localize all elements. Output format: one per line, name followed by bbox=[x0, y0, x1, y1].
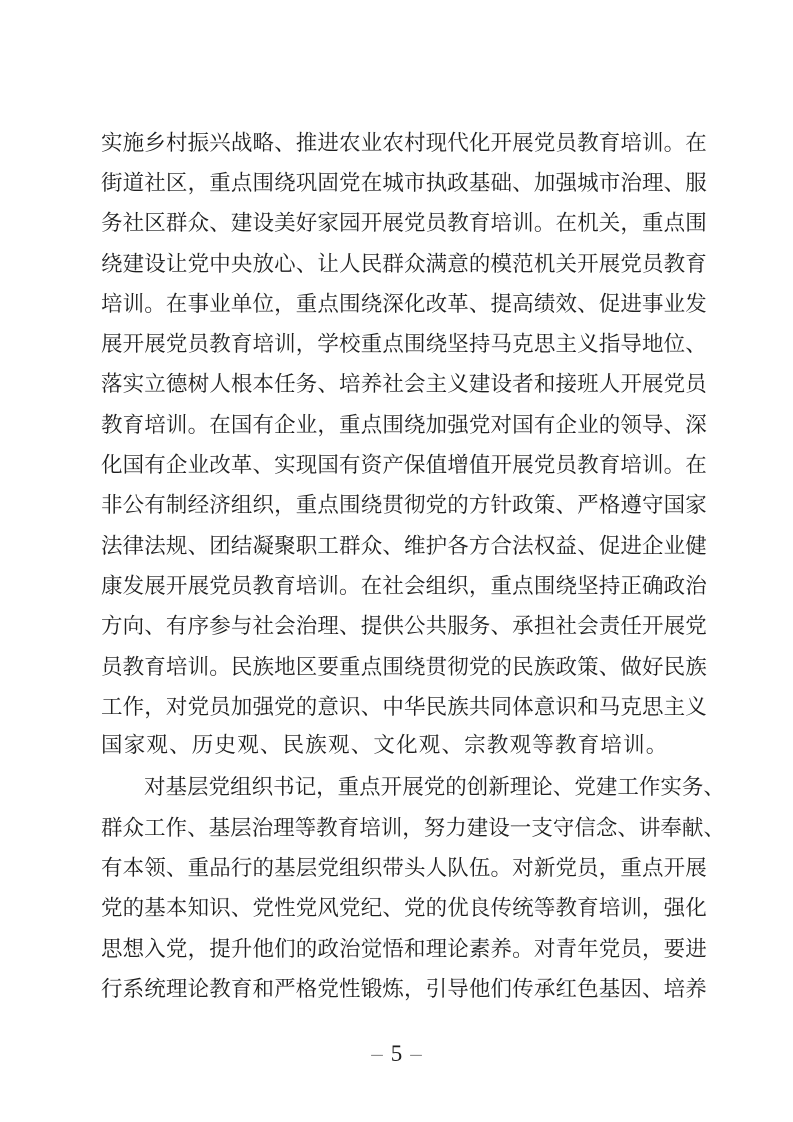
page-number-value: 5 bbox=[391, 1041, 403, 1066]
text-line: 康发展开展党员教育培训。在社会组织，重点围绕坚持正确政治 bbox=[101, 564, 707, 604]
text-line: 思想入党，提升他们的政治觉悟和理论素养。对青年党员，要进 bbox=[101, 927, 707, 967]
paragraph-2: 对基层党组织书记，重点开展党的创新理论、党建工作实务、 群众工作、基层治理等教育… bbox=[101, 766, 707, 1008]
text-line: 群众工作、基层治理等教育培训，努力建设一支守信念、讲奉献、 bbox=[101, 806, 707, 846]
text-line: 国家观、历史观、民族观、文化观、宗教观等教育培训。 bbox=[101, 725, 707, 765]
text-line: 务社区群众、建设美好家园开展党员教育培训。在机关，重点围 bbox=[101, 202, 707, 242]
text-line: 培训。在事业单位，重点围绕深化改革、提高绩效、促进事业发 bbox=[101, 282, 707, 322]
document-text: 实施乡村振兴战略、推进农业农村现代化开展党员教育培训。在 街道社区，重点围绕巩固… bbox=[101, 121, 707, 1008]
text-line: 法律法规、团结凝聚职工群众、维护各方合法权益、促进企业健 bbox=[101, 524, 707, 564]
text-line: 化国有企业改革、实现国有资产保值增值开展党员教育培训。在 bbox=[101, 443, 707, 483]
page-number-dash-right: – bbox=[402, 1041, 430, 1066]
paragraph-1: 实施乡村振兴战略、推进农业农村现代化开展党员教育培训。在 街道社区，重点围绕巩固… bbox=[101, 121, 707, 766]
text-line: 有本领、重品行的基层党组织带头人队伍。对新党员，重点开展 bbox=[101, 846, 707, 886]
text-line: 教育培训。在国有企业，重点围绕加强党对国有企业的领导、深 bbox=[101, 403, 707, 443]
text-line: 工作，对党员加强党的意识、中华民族共同体意识和马克思主义 bbox=[101, 685, 707, 725]
document-page: 实施乡村振兴战略、推进农业农村现代化开展党员教育培训。在 街道社区，重点围绕巩固… bbox=[0, 0, 793, 1122]
text-line: 绕建设让党中央放心、让人民群众满意的模范机关开展党员教育 bbox=[101, 242, 707, 282]
text-line: 实施乡村振兴战略、推进农业农村现代化开展党员教育培训。在 bbox=[101, 121, 707, 161]
text-line: 街道社区，重点围绕巩固党在城市执政基础、加强城市治理、服 bbox=[101, 161, 707, 201]
text-line: 党的基本知识、党性党风党纪、党的优良传统等教育培训，强化 bbox=[101, 887, 707, 927]
text-line: 非公有制经济组织，重点围绕贯彻党的方针政策、严格遵守国家 bbox=[101, 484, 707, 524]
page-number-dash-left: – bbox=[363, 1041, 391, 1066]
text-line: 对基层党组织书记，重点开展党的创新理论、党建工作实务、 bbox=[101, 766, 707, 806]
text-line: 行系统理论教育和严格党性锻炼，引导他们传承红色基因、培养 bbox=[101, 967, 707, 1007]
page-number: –5– bbox=[0, 1041, 793, 1067]
text-line: 方向、有序参与社会治理、提供公共服务、承担社会责任开展党 bbox=[101, 605, 707, 645]
text-line: 展开展党员教育培训，学校重点围绕坚持马克思主义指导地位、 bbox=[101, 322, 707, 362]
text-line: 落实立德树人根本任务、培养社会主义建设者和接班人开展党员 bbox=[101, 363, 707, 403]
text-line: 员教育培训。民族地区要重点围绕贯彻党的民族政策、做好民族 bbox=[101, 645, 707, 685]
